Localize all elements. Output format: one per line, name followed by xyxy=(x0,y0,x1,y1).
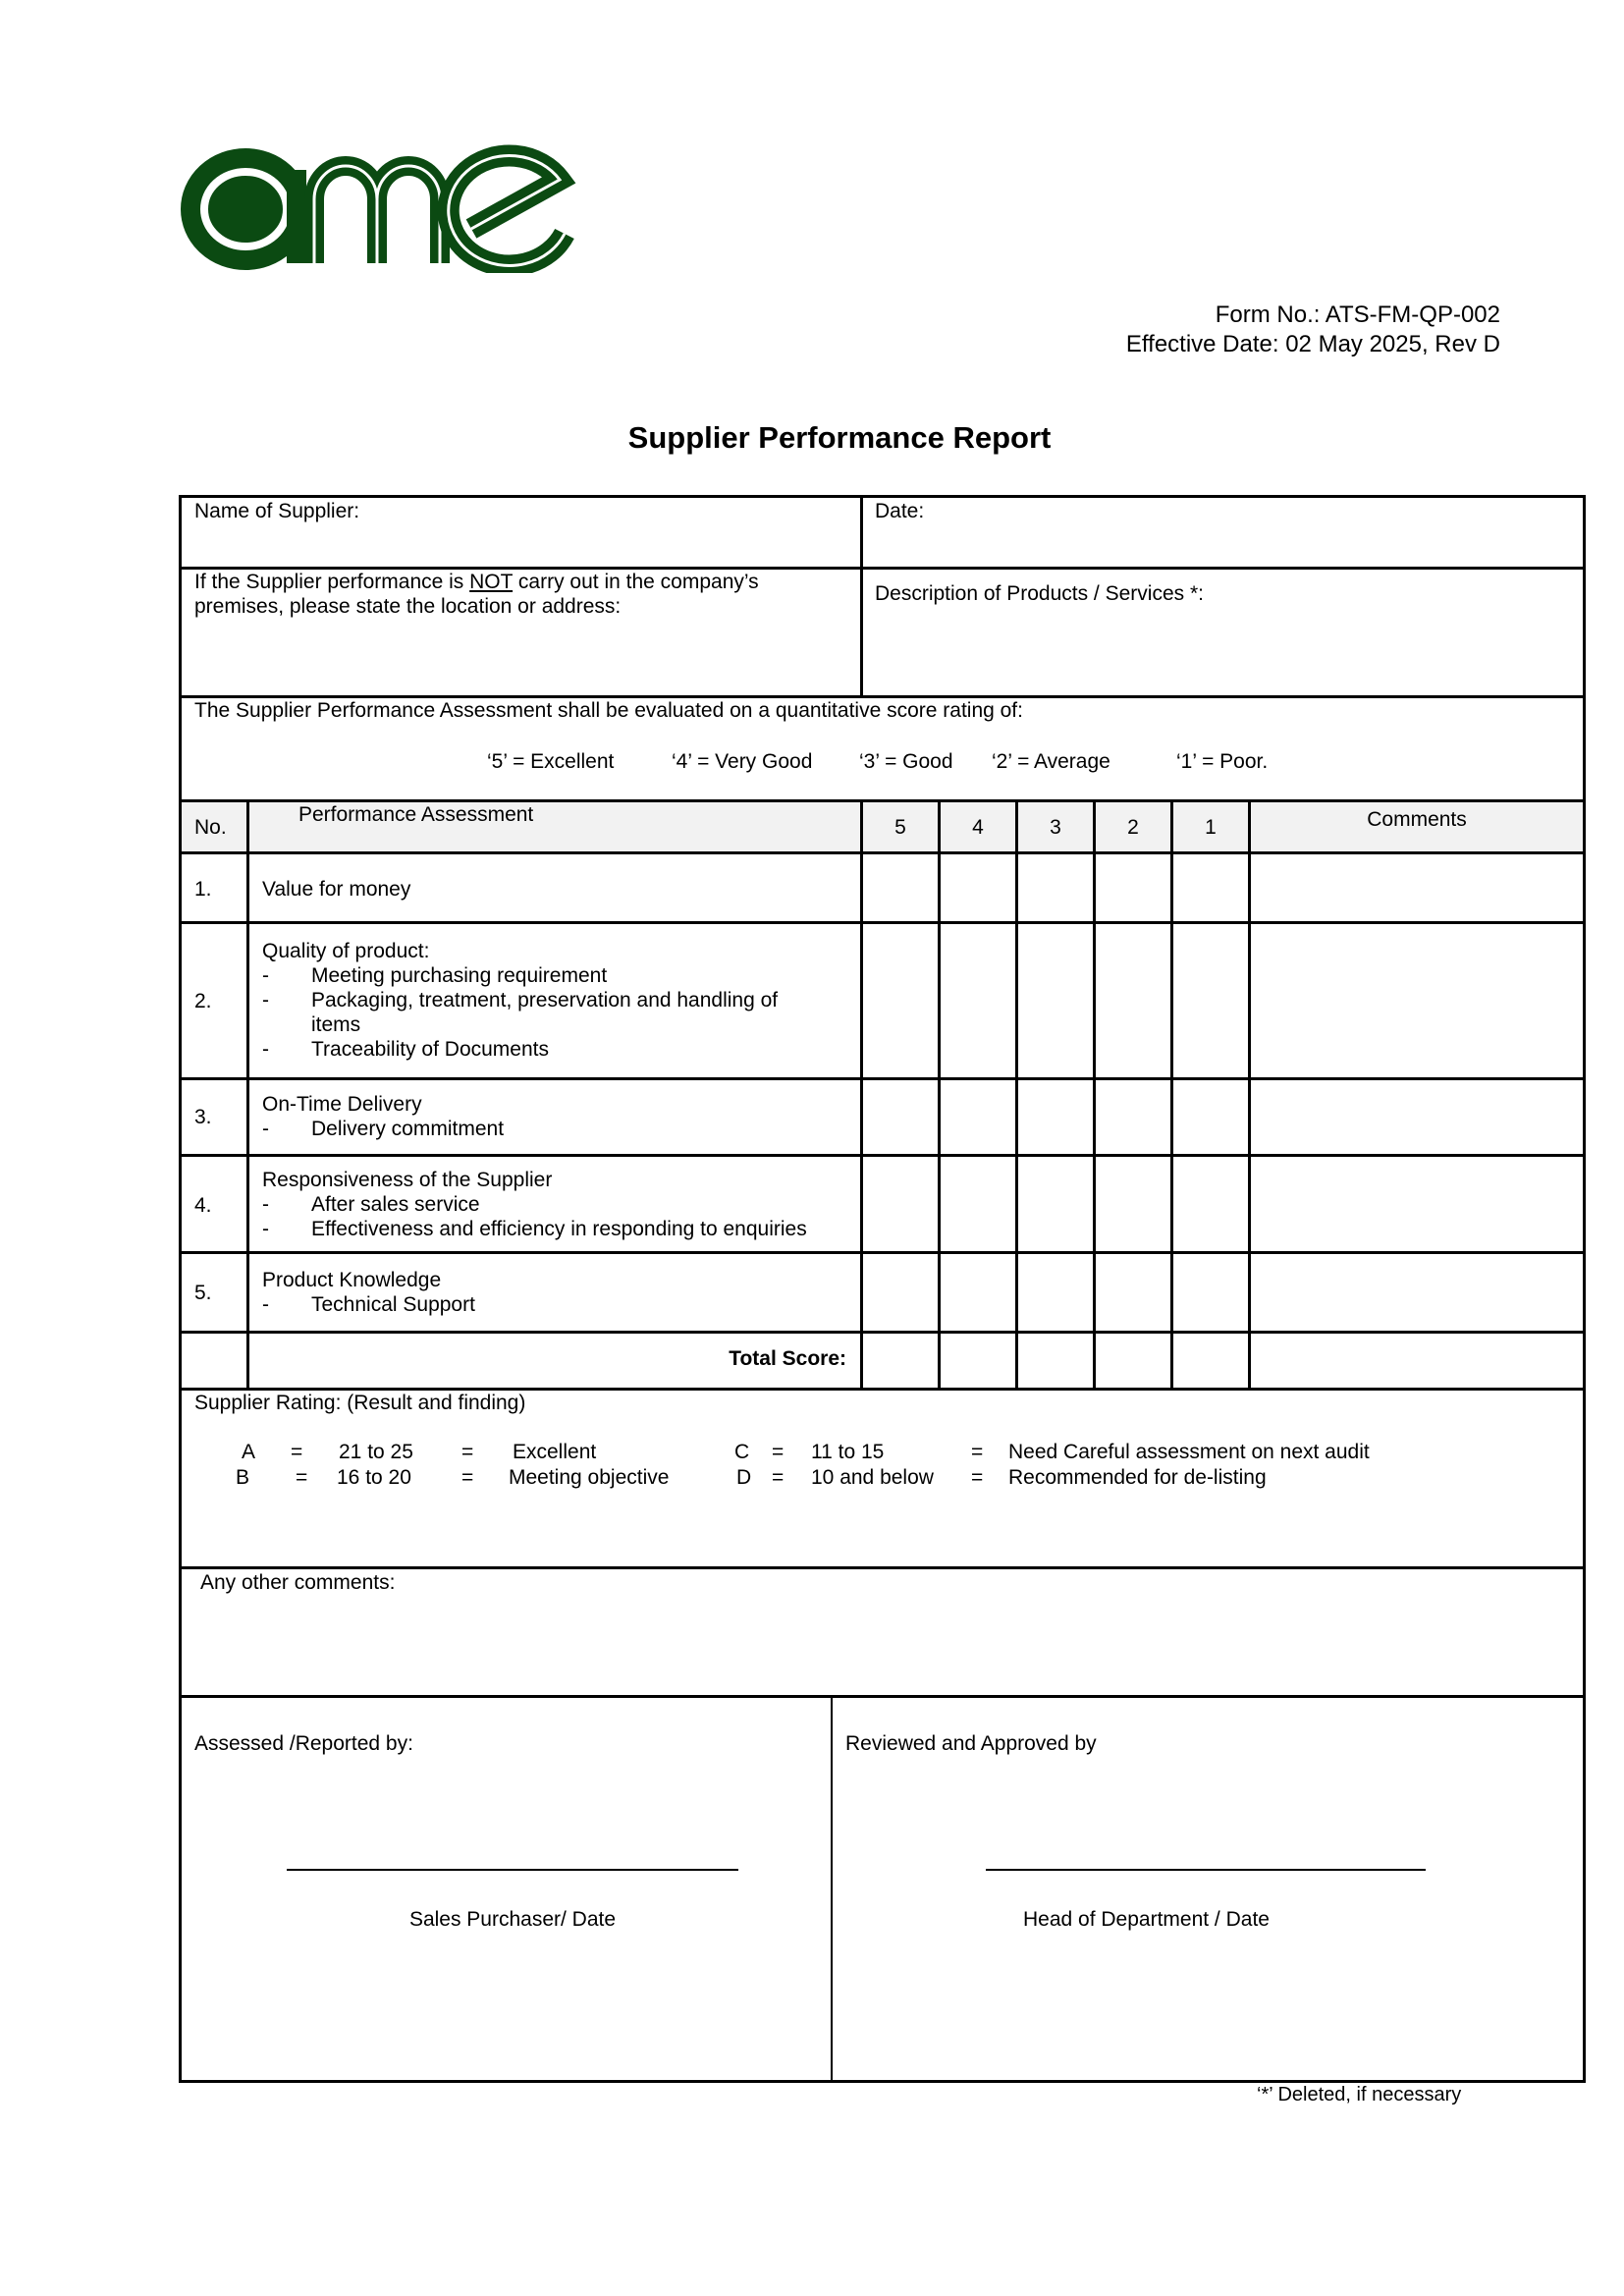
bullet-text: Meeting purchasing requirement xyxy=(311,964,607,987)
row-number: 2. xyxy=(194,989,212,1013)
row-title: Value for money xyxy=(262,877,410,902)
row-bullet: -Effectiveness and efficiency in respond… xyxy=(262,1217,807,1241)
bullet-text: Traceability of Documents xyxy=(311,1038,549,1061)
grade-letter: A xyxy=(242,1440,255,1465)
grade-meaning: Need Careful assessment on next audit xyxy=(1008,1440,1370,1465)
company-logo xyxy=(177,131,589,273)
comment-cell[interactable] xyxy=(1251,924,1583,1077)
total-score-cell[interactable] xyxy=(941,1334,1015,1388)
supplier-rating-field[interactable] xyxy=(183,1503,1581,1563)
total-score-cell[interactable] xyxy=(1096,1334,1170,1388)
grade-equals: = xyxy=(296,1465,307,1491)
header-score-2: 2 xyxy=(1096,815,1170,840)
bullet-dash: - xyxy=(262,1217,311,1241)
score-cell[interactable] xyxy=(863,924,938,1077)
row-title: On-Time Delivery xyxy=(262,1092,504,1117)
score-cell[interactable] xyxy=(1173,924,1248,1077)
header-score-4: 4 xyxy=(941,815,1015,840)
grade-meaning: Excellent xyxy=(513,1440,596,1465)
row-title: Responsiveness of the Supplier xyxy=(262,1168,807,1192)
other-comments-field[interactable] xyxy=(183,1599,1581,1693)
bullet-dash: - xyxy=(262,1192,311,1217)
row-bullet: -After sales service xyxy=(262,1192,807,1217)
border xyxy=(179,495,182,2083)
rating-scale-item: ‘4’ = Very Good xyxy=(672,749,812,774)
row-bullet: -Traceability of Documents xyxy=(262,1037,778,1062)
comment-cell[interactable] xyxy=(1251,854,1583,921)
assessed-by-label: Assessed /Reported by: xyxy=(194,1731,413,1756)
approved-by-label: Reviewed and Approved by xyxy=(845,1731,1097,1756)
header-score-5: 5 xyxy=(863,815,938,840)
row-bullet: -Technical Support xyxy=(262,1292,475,1317)
grade-range: 21 to 25 xyxy=(339,1440,413,1465)
description-field[interactable] xyxy=(864,609,1581,693)
bullet-dash: - xyxy=(262,963,311,988)
form-info: Form No.: ATS-FM-QP-002 Effective Date: … xyxy=(1126,301,1500,359)
grade-equals: = xyxy=(291,1440,302,1465)
location-field[interactable] xyxy=(183,621,858,693)
grade-meaning: Meeting objective xyxy=(509,1465,669,1491)
date-field[interactable] xyxy=(864,522,1581,566)
row-title: Quality of product: xyxy=(262,939,778,963)
total-score-label: Total Score: xyxy=(249,1346,846,1371)
row-number: 1. xyxy=(194,877,212,902)
grade-letter: D xyxy=(736,1465,751,1491)
row-number: 4. xyxy=(194,1193,212,1218)
rating-scale-item: ‘3’ = Good xyxy=(859,749,953,774)
grade-equals: = xyxy=(772,1440,784,1465)
name-of-supplier-label: Name of Supplier: xyxy=(194,499,359,523)
score-cell[interactable] xyxy=(1018,854,1093,921)
row-title: Product Knowledge xyxy=(262,1268,475,1292)
bullet-dash: - xyxy=(262,1037,311,1062)
grade-range: 16 to 20 xyxy=(337,1465,411,1491)
score-cell[interactable] xyxy=(1173,1157,1248,1251)
location-label: If the Supplier performance is NOT carry… xyxy=(194,570,759,619)
grade-meaning: Recommended for de-listing xyxy=(1008,1465,1267,1491)
bullet-text: Delivery commitment xyxy=(311,1118,504,1140)
grade-equals: = xyxy=(772,1465,784,1491)
grade-letter: C xyxy=(734,1440,749,1465)
bullet-text: Technical Support xyxy=(311,1293,475,1316)
description-label: Description of Products / Services *: xyxy=(875,581,1204,606)
score-cell[interactable] xyxy=(1096,1157,1170,1251)
score-cell[interactable] xyxy=(1173,854,1248,921)
border xyxy=(1583,495,1586,2083)
approved-by-signature-line[interactable] xyxy=(986,1869,1426,1871)
location-label-part: premises, please state the location or a… xyxy=(194,595,621,618)
score-cell[interactable] xyxy=(1096,924,1170,1077)
location-label-part: carry out in the company’s xyxy=(513,571,759,593)
score-cell[interactable] xyxy=(941,854,1015,921)
row-content: Responsiveness of the Supplier -After sa… xyxy=(262,1168,807,1241)
row-number: 3. xyxy=(194,1105,212,1129)
bullet-text: Effectiveness and efficiency in respondi… xyxy=(311,1218,807,1240)
grade-range: 11 to 15 xyxy=(811,1440,884,1465)
score-cell[interactable] xyxy=(1096,1080,1170,1154)
header-comments: Comments xyxy=(1251,807,1583,832)
form-number: Form No.: ATS-FM-QP-002 xyxy=(1126,301,1500,330)
ame-logo-icon xyxy=(177,131,589,273)
score-cell[interactable] xyxy=(1173,1254,1248,1331)
rating-scale-item: ‘2’ = Average xyxy=(992,749,1110,774)
score-cell[interactable] xyxy=(863,1254,938,1331)
score-cell[interactable] xyxy=(863,854,938,921)
header-performance-assessment: Performance Assessment xyxy=(298,802,533,827)
bullet-text: Packaging, treatment, preservation and h… xyxy=(311,989,778,1011)
border xyxy=(179,495,1586,498)
row-bullet: -Delivery commitment xyxy=(262,1117,504,1141)
comment-cell[interactable] xyxy=(1251,1080,1583,1154)
score-cell[interactable] xyxy=(1018,924,1093,1077)
location-label-emphasis: NOT xyxy=(469,571,513,593)
rule xyxy=(179,1566,1586,1569)
rating-scale-item: ‘1’ = Poor. xyxy=(1176,749,1268,774)
score-cell[interactable] xyxy=(941,1080,1015,1154)
location-label-part: If the Supplier performance is xyxy=(194,571,469,593)
total-score-cell[interactable] xyxy=(863,1334,938,1388)
score-cell[interactable] xyxy=(1018,1157,1093,1251)
rule xyxy=(179,1695,1586,1698)
grade-equals: = xyxy=(971,1440,983,1465)
grade-letter: B xyxy=(236,1465,249,1491)
header-score-1: 1 xyxy=(1173,815,1248,840)
rule xyxy=(860,495,863,697)
score-cell[interactable] xyxy=(941,1254,1015,1331)
score-cell[interactable] xyxy=(941,924,1015,1077)
bullet-dash: - xyxy=(262,988,311,1012)
approved-by-role: Head of Department / Date xyxy=(1023,1907,1270,1932)
header-no: No. xyxy=(194,815,227,840)
date-label: Date: xyxy=(875,499,924,523)
score-cell[interactable] xyxy=(941,1157,1015,1251)
row-content: Product Knowledge -Technical Support xyxy=(262,1268,475,1317)
rule xyxy=(831,1695,833,2082)
total-score-cell[interactable] xyxy=(1173,1334,1248,1388)
row-content: On-Time Delivery -Delivery commitment xyxy=(262,1092,504,1141)
total-score-cell[interactable] xyxy=(1018,1334,1093,1388)
total-comment-cell[interactable] xyxy=(1251,1334,1583,1388)
score-cell[interactable] xyxy=(863,1157,938,1251)
grade-equals: = xyxy=(461,1440,473,1465)
row-bullet: -Meeting purchasing requirement xyxy=(262,963,778,988)
header-score-3: 3 xyxy=(1018,815,1093,840)
footnote: ‘*’ Deleted, if necessary xyxy=(1257,2083,1461,2107)
effective-date: Effective Date: 02 May 2025, Rev D xyxy=(1126,330,1500,359)
bullet-dash: - xyxy=(262,1117,311,1141)
rule xyxy=(246,799,249,1390)
other-comments-label: Any other comments: xyxy=(200,1570,395,1595)
rating-scale-intro: The Supplier Performance Assessment shal… xyxy=(194,698,1023,723)
grade-equals: = xyxy=(461,1465,473,1491)
grade-range: 10 and below xyxy=(811,1465,934,1491)
rating-scale-item: ‘5’ = Excellent xyxy=(487,749,614,774)
row-number: 5. xyxy=(194,1281,212,1305)
grade-equals: = xyxy=(971,1465,983,1491)
score-cell[interactable] xyxy=(1096,854,1170,921)
score-cell[interactable] xyxy=(1018,1254,1093,1331)
comment-cell[interactable] xyxy=(1251,1254,1583,1331)
name-of-supplier-field[interactable] xyxy=(183,522,858,566)
assessed-by-signature-line[interactable] xyxy=(287,1869,738,1871)
score-cell[interactable] xyxy=(1173,1080,1248,1154)
assessed-by-role: Sales Purchaser/ Date xyxy=(183,1907,842,1932)
row-content: Quality of product: -Meeting purchasing … xyxy=(262,939,778,1062)
score-cell[interactable] xyxy=(1096,1254,1170,1331)
row-bullet: -Packaging, treatment, preservation and … xyxy=(262,988,778,1012)
page-title: Supplier Performance Report xyxy=(0,420,1624,456)
bullet-text: After sales service xyxy=(311,1193,480,1216)
score-cell[interactable] xyxy=(1018,1080,1093,1154)
comment-cell[interactable] xyxy=(1251,1157,1583,1251)
supplier-rating-title: Supplier Rating: (Result and finding) xyxy=(194,1391,525,1415)
bullet-dash: - xyxy=(262,1292,311,1317)
row-bullet-continuation: items xyxy=(262,1012,778,1037)
score-cell[interactable] xyxy=(863,1080,938,1154)
